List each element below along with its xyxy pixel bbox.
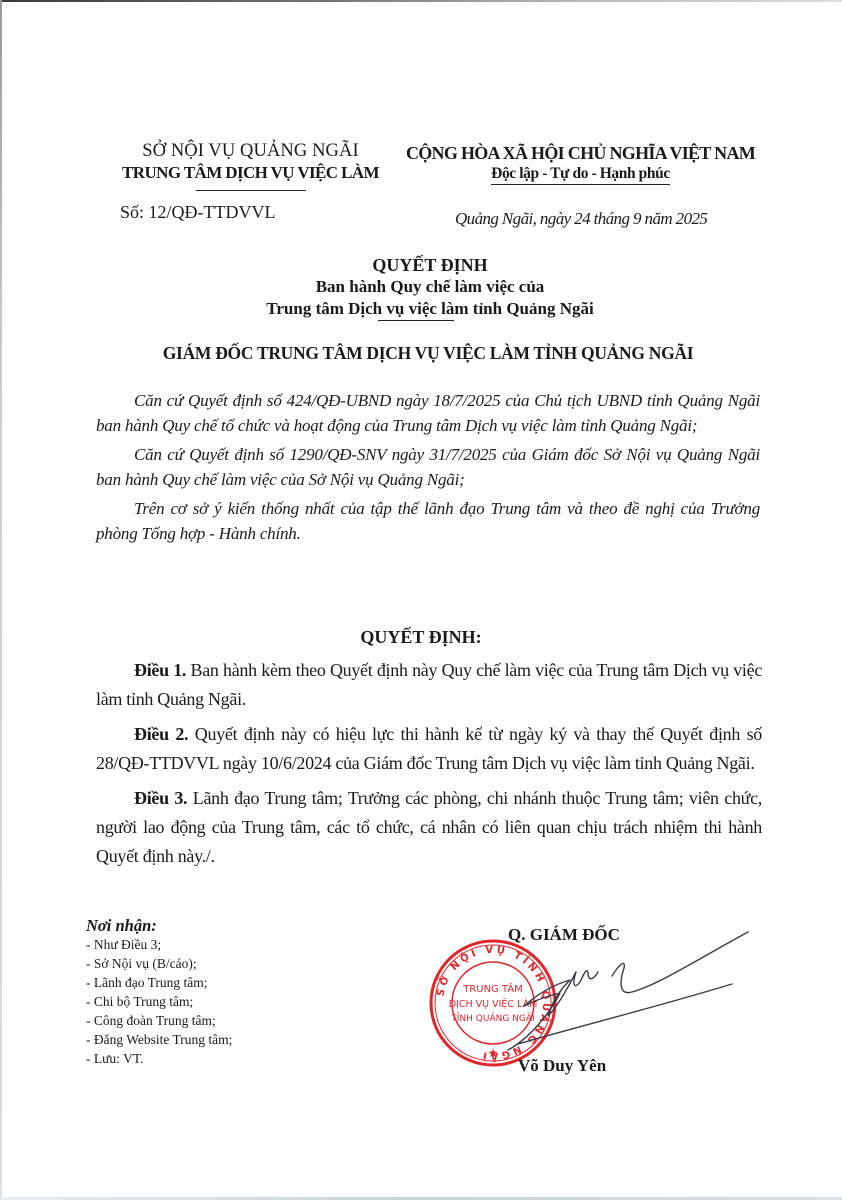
national-header: CỘNG HÒA XÃ HỘI CHỦ NGHĨA VIỆT NAM Độc l… xyxy=(398,142,763,185)
legal-basis-3: Trên cơ sở ý kiến thống nhất của tập thể… xyxy=(96,496,760,546)
subject-line-2: Trung tâm Dịch vụ việc làm tỉnh Quảng Ng… xyxy=(150,298,710,320)
recipient-item: - Lãnh đạo Trung tâm; xyxy=(86,973,346,992)
articles: Điều 1. Ban hành kèm theo Quyết định này… xyxy=(96,656,762,877)
recipient-item: - Chi bộ Trung tâm; xyxy=(86,992,346,1011)
recipient-item: - Sở Nội vụ (B/cáo); xyxy=(86,954,346,973)
legal-basis-2: Căn cứ Quyết định số 1290/QĐ-SNV ngày 31… xyxy=(96,442,760,492)
decides-heading: QUYẾT ĐỊNH: xyxy=(0,627,842,648)
document-number: Số: 12/QĐ-TTDVVL xyxy=(120,202,276,223)
article-3: Điều 3. Lãnh đạo Trung tâm; Trưởng các p… xyxy=(96,784,762,871)
issuing-authority: GIÁM ĐỐC TRUNG TÂM DỊCH VỤ VIỆC LÀM TỈNH… xyxy=(118,343,738,364)
article-label: Điều 3. xyxy=(134,788,187,808)
recipients-list: - Như Điều 3; - Sở Nội vụ (B/cáo); - Lãn… xyxy=(86,935,346,1068)
place-and-date: Quảng Ngãi, ngày 24 tháng 9 năm 2025 xyxy=(455,209,707,229)
handwritten-signature-icon xyxy=(500,918,760,1068)
recipients-block: Nơi nhận: - Như Điều 3; - Sở Nội vụ (B/c… xyxy=(86,916,346,1068)
scan-edge-left xyxy=(0,0,2,1200)
article-2: Điều 2. Quyết định này có hiệu lực thi h… xyxy=(96,720,762,778)
article-text: Lãnh đạo Trung tâm; Trưởng các phòng, ch… xyxy=(96,788,762,866)
signer-name: Võ Duy Yên xyxy=(518,1056,606,1076)
national-motto: Độc lập - Tự do - Hạnh phúc xyxy=(491,164,670,185)
article-label: Điều 1. xyxy=(134,660,186,680)
subject-line-1: Ban hành Quy chế làm việc của xyxy=(150,276,710,298)
recipients-title: Nơi nhận: xyxy=(86,916,346,935)
document-type: QUYẾT ĐỊNH xyxy=(150,254,710,276)
parent-agency: SỞ NỘI VỤ QUẢNG NGÃI xyxy=(108,140,393,162)
title-rule xyxy=(378,320,454,321)
article-text: Quyết định này có hiệu lực thi hành kể t… xyxy=(96,724,762,773)
article-label: Điều 2. xyxy=(134,724,188,744)
document-title-block: QUYẾT ĐỊNH Ban hành Quy chế làm việc của… xyxy=(150,254,710,321)
preamble: Căn cứ Quyết định số 424/QĐ-UBND ngày 18… xyxy=(96,388,760,550)
recipient-item: - Lưu: VT. xyxy=(86,1049,346,1068)
nation-name: CỘNG HÒA XÃ HỘI CHỦ NGHĨA VIỆT NAM xyxy=(398,142,763,164)
scan-edge-top xyxy=(0,0,842,2)
recipient-item: - Như Điều 3; xyxy=(86,935,346,954)
article-1: Điều 1. Ban hành kèm theo Quyết định này… xyxy=(96,656,762,714)
recipient-item: - Đăng Website Trung tâm; xyxy=(86,1030,346,1049)
issuing-agency-header: SỞ NỘI VỤ QUẢNG NGÃI TRUNG TÂM DỊCH VỤ V… xyxy=(108,140,393,191)
header-rule-left xyxy=(196,190,306,191)
recipient-item: - Công đoàn Trung tâm; xyxy=(86,1011,346,1030)
article-text: Ban hành kèm theo Quyết định này Quy chế… xyxy=(96,660,762,709)
seal-star-icon: ★ xyxy=(488,1046,499,1060)
legal-basis-1: Căn cứ Quyết định số 424/QĐ-UBND ngày 18… xyxy=(96,388,760,438)
issuing-agency-name: TRUNG TÂM DỊCH VỤ VIỆC LÀM xyxy=(108,162,393,184)
